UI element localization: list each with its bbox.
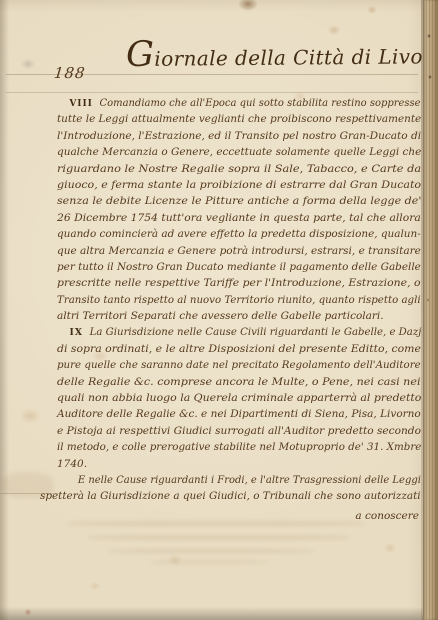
- text-line: quali non abbia luogo la Querela crimina…: [57, 392, 421, 408]
- text-line: l'Introduzione, l'Estrazione, ed il Tran…: [57, 130, 421, 146]
- book-fore-edge: [423, 0, 438, 620]
- paragraph: VIIIComandiamo che all'Epoca qui sotto s…: [57, 97, 421, 326]
- ink-bleedthrough: [88, 535, 350, 540]
- text-line: qualche Mercanzia o Genere, eccettuate s…: [57, 146, 421, 162]
- ruled-line-under-title: [6, 92, 418, 93]
- paragraph: IXLa Giurisdizione nelle Cause Civili ri…: [57, 326, 421, 474]
- text-line: pure quelle che saranno date nel precita…: [57, 359, 421, 375]
- ink-bleedthrough: [108, 549, 313, 553]
- page-title: Giornale della Città di Livorno: [126, 43, 418, 71]
- text-line: IXLa Giurisdizione nelle Cause Civili ri…: [57, 326, 421, 342]
- text-line: altri Territori Separati che avessero de…: [57, 310, 421, 326]
- text-line: Auditore delle Regalie &c. e nei Diparti…: [57, 408, 421, 424]
- text-line: spetterà la Giurisdizione a quei Giudici…: [40, 490, 421, 506]
- text-line: senza le debite Licenze le Pitture antic…: [57, 195, 421, 211]
- manuscript-body-text: VIIIComandiamo che all'Epoca qui sotto s…: [57, 97, 421, 522]
- text-line: 26 Dicembre 1754 tutt'ora vegliante in q…: [57, 212, 421, 228]
- ink-bleedthrough: [66, 521, 366, 526]
- paragraph: E nelle Cause riguardanti i Frodi, e l'a…: [57, 474, 421, 507]
- paragraph-marker: VIII: [69, 98, 92, 109]
- text-line: 1740.: [57, 458, 421, 474]
- text-line: prescritte nelle respettive Tariffe per …: [57, 277, 421, 293]
- text-line: delle Regalie &c. comprese ancora le Mul…: [57, 376, 421, 392]
- text-line: quando comincierà ad avere effetto la pr…: [57, 228, 421, 244]
- text-line: que altra Mercanzia e Genere potrà intro…: [57, 245, 421, 261]
- text-line: tutte le Leggi attualmente veglianti che…: [57, 113, 421, 129]
- ink-bleedthrough: [2, 472, 54, 498]
- catchword: a conoscere: [57, 510, 421, 522]
- text-line: Transito tanto rispetto al nuovo Territo…: [57, 294, 421, 310]
- text-line: E nelle Cause riguardanti i Frodi, e l'a…: [57, 474, 421, 490]
- text-line: per tutto il Nostro Gran Ducato mediante…: [57, 261, 421, 277]
- text-line: VIIIComandiamo che all'Epoca qui sotto s…: [57, 97, 421, 113]
- text-line: e Pistoja ai respettivi Giudici surrogat…: [57, 425, 421, 441]
- page-number: 188: [53, 64, 87, 82]
- paragraph-marker: IX: [70, 327, 83, 338]
- ink-bleedthrough: [150, 560, 270, 564]
- text-line: riguardano le Nostre Regalie sopra il Sa…: [57, 163, 421, 179]
- text-line: di sopra ordinati, e le altre Disposizio…: [57, 343, 421, 359]
- text-line: il metodo, e colle prerogative stabilite…: [57, 441, 421, 457]
- text-line: giuoco, e ferma stante la proibizione di…: [57, 179, 421, 195]
- manuscript-photo: 188 Giornale della Città di Livorno VIII…: [0, 0, 438, 620]
